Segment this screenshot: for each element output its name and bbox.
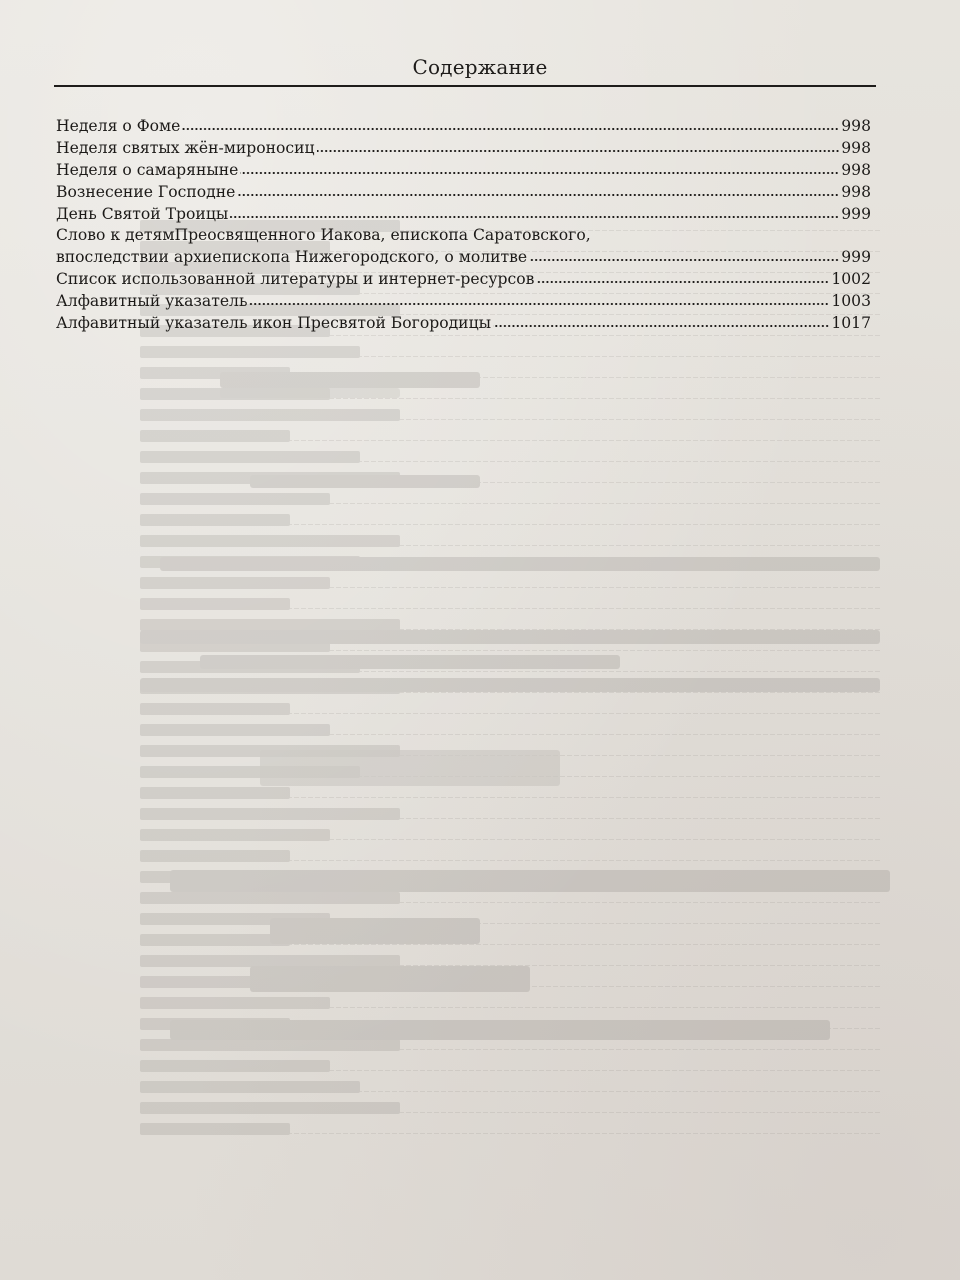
title-rule-divider xyxy=(54,85,876,87)
toc-entry-page: 998 xyxy=(841,116,871,137)
toc-entry-title: Неделя о самаряныне xyxy=(56,160,238,181)
toc-entry-title: Вознесение Господне xyxy=(56,182,235,203)
toc-entry-title-line1: Слово к детямПреосвященного Иакова, епис… xyxy=(56,225,871,246)
toc-entry[interactable]: Алфавитный указатель 1003 xyxy=(56,290,871,312)
reverse-side-bleed-through xyxy=(140,230,880,1270)
dot-leader xyxy=(249,290,829,306)
book-page: Содержание Неделя о Фоме 998 Неделя свят… xyxy=(0,0,960,1280)
dot-leader xyxy=(237,181,839,197)
toc-entry-multiline[interactable]: Слово к детямПреосвященного Иакова, епис… xyxy=(56,225,871,268)
toc-entry[interactable]: Неделя о самаряныне 998 xyxy=(56,159,871,181)
dot-leader xyxy=(493,312,829,328)
toc-entry-title: Алфавитный указатель икон Пресвятой Бого… xyxy=(56,313,491,334)
toc-entry[interactable]: День Святой Троицы 999 xyxy=(56,203,871,225)
toc-entry-title-line2: впоследствии архиепископа Нижегородского… xyxy=(56,247,527,268)
table-of-contents: Неделя о Фоме 998 Неделя святых жён-миро… xyxy=(56,115,871,334)
toc-entry-title: День Святой Троицы xyxy=(56,204,228,225)
toc-entry[interactable]: Неделя святых жён-мироносиц 998 xyxy=(56,137,871,159)
toc-entry-page: 999 xyxy=(841,204,871,225)
toc-entry-title: Список использованной литературы и интер… xyxy=(56,269,534,290)
toc-entry-page: 998 xyxy=(841,138,871,159)
dot-leader xyxy=(529,246,839,262)
toc-entry-last-line: впоследствии архиепископа Нижегородского… xyxy=(56,246,871,268)
toc-entry-title: Неделя святых жён-мироносиц xyxy=(56,138,315,159)
toc-entry[interactable]: Список использованной литературы и интер… xyxy=(56,268,871,290)
dot-leader xyxy=(536,268,829,284)
dot-leader xyxy=(317,137,840,153)
dot-leader xyxy=(182,115,839,131)
dot-leader xyxy=(240,159,839,175)
toc-entry[interactable]: Вознесение Господне 998 xyxy=(56,181,871,203)
dot-leader xyxy=(230,203,839,219)
toc-entry-page: 1002 xyxy=(831,269,871,290)
toc-entry-page: 998 xyxy=(841,160,871,181)
toc-entry-page: 1017 xyxy=(831,313,871,334)
toc-entry[interactable]: Неделя о Фоме 998 xyxy=(56,115,871,137)
toc-entry[interactable]: Алфавитный указатель икон Пресвятой Бого… xyxy=(56,312,871,334)
toc-entry-page: 999 xyxy=(841,247,871,268)
toc-entry-title: Алфавитный указатель xyxy=(56,291,247,312)
page-title: Содержание xyxy=(0,55,960,79)
toc-entry-page: 1003 xyxy=(831,291,871,312)
toc-entry-page: 998 xyxy=(841,182,871,203)
toc-entry-title: Неделя о Фоме xyxy=(56,116,180,137)
